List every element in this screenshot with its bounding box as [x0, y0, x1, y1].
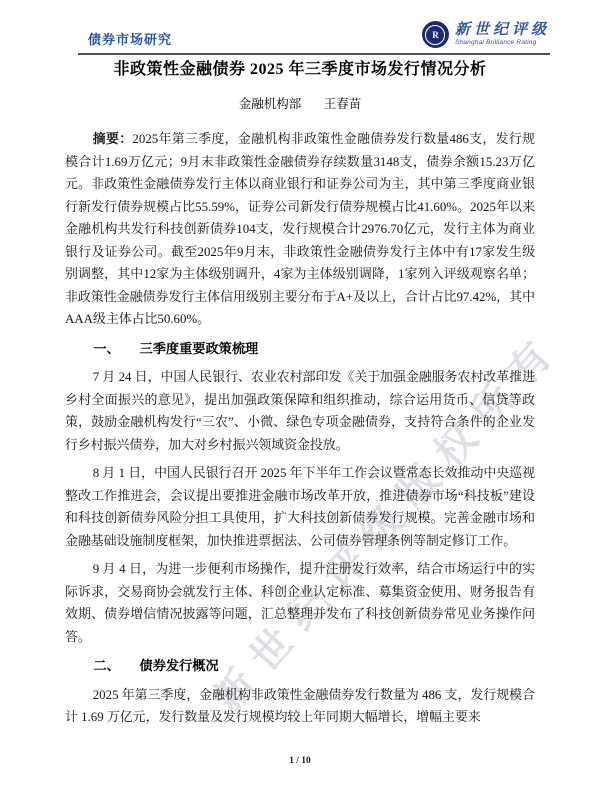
- section-1-title: 三季度重要政策梳理: [140, 341, 259, 356]
- company-logo: R 新世纪评级 Shanghai Brilliance Rating: [422, 21, 550, 48]
- report-title: 非政策性金融债券 2025 年三季度市场发行情况分析: [65, 58, 535, 82]
- byline: 金融机构部王春苗: [65, 95, 535, 113]
- byline-author: 王春苗: [324, 97, 362, 111]
- section-2-title: 债券发行概况: [140, 658, 219, 673]
- page-header: 债券市场研究 R 新世纪评级 Shanghai Brilliance Ratin…: [78, 16, 550, 55]
- byline-department: 金融机构部: [239, 97, 302, 111]
- logo-wordmark: 新世纪评级 Shanghai Brilliance Rating: [455, 23, 550, 47]
- body-paragraph: 2025 年第三季度，金融机构非政策性金融债券发行数量为 486 支，发行规模合…: [65, 684, 535, 729]
- body-paragraph: 9 月 4 日，为进一步便利市场操作，提升注册发行效率，结合市场运行中的实际诉求…: [65, 558, 535, 648]
- section-1-heading: 一、三季度重要政策梳理: [65, 338, 535, 361]
- document-body: 非政策性金融债券 2025 年三季度市场发行情况分析 金融机构部王春苗 摘要：2…: [0, 0, 600, 729]
- abstract-text: 2025年第三季度，金融机构非政策性金融债券发行数量486支，发行规模合计1.6…: [65, 132, 535, 326]
- abstract-paragraph: 摘要：2025年第三季度，金融机构非政策性金融债券发行数量486支，发行规模合计…: [65, 128, 535, 331]
- page-footer: 1 / 10: [0, 756, 600, 766]
- document-page: 新世纪评级版权所有 债券市场研究 R 新世纪评级 Shanghai Brilli…: [0, 0, 600, 729]
- header-section-label: 债券市场研究: [78, 29, 172, 48]
- abstract-label: 摘要：: [93, 132, 133, 146]
- section-2-heading: 二、债券发行概况: [65, 655, 535, 678]
- company-seal-icon: R: [422, 21, 449, 48]
- section-1-number: 一、: [93, 341, 119, 356]
- seal-letter: R: [425, 25, 445, 45]
- logo-name-en: Shanghai Brilliance Rating: [455, 40, 550, 47]
- page-number: 1 / 10: [289, 756, 311, 766]
- body-paragraph: 7 月 24 日，中国人民银行、农业农村部印发《关于加强金融服务农村改革推进乡村…: [65, 366, 535, 456]
- section-2-number: 二、: [93, 658, 119, 673]
- logo-name-cn: 新世纪评级: [455, 23, 550, 38]
- body-paragraph: 8 月 1 日，中国人民银行召开 2025 年下半年工作会议暨常态长效推动中央巡…: [65, 462, 535, 552]
